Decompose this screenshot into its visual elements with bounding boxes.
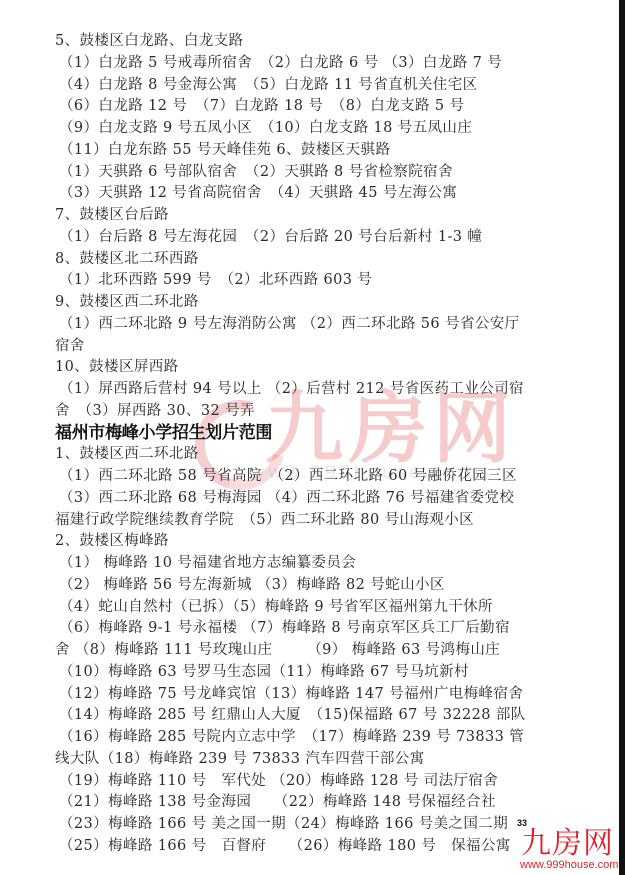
section-heading: 9、鼓楼区西二环北路 [55,292,530,314]
list-item: （21）梅峰路 138 号金海园 （22）梅峰路 148 号保福经合社 [55,792,530,814]
list-item: （19）梅峰路 110 号 军代处 （20）梅峰路 128 号 司法厅宿舍 [55,771,530,793]
list-item: （1）屏西路后营村 94 号以上 （2）后营村 212 号省医药工业公司宿 [55,379,530,401]
list-item-continuation: 舍 （3）屏西路 30、32 号弄 [55,401,530,423]
list-item: （16）梅峰路 285 号院内立志中学 （17）梅峰路 239 号 73833 … [55,727,530,749]
list-item: （1） 梅峰路 10 号福建省地方志编纂委员会 [55,553,530,575]
brand-logo: 九房网 www.999house.com [520,828,615,872]
list-item-continuation: 福建行政学院继续教育学院 （5）西二环北路 80 号山海观小区 [55,510,530,532]
list-item: （1）西二环北路 58 号省高院 （2）西二环北路 60 号融侨花园三区 [55,466,530,488]
list-item: （1）天骐路 6 号部队宿舍 （2）天骐路 8 号省检察院宿舍 [55,162,530,184]
list-item: （4）蛇山自然村（已拆）（5）梅峰路 9 号省军区福州第九干休所 [55,597,530,619]
list-item: （6）梅峰路 9-1 号永福楼 （7）梅峰路 8 号南京军区兵工厂后勤宿 [55,618,530,640]
list-item: （23）梅峰路 166 号 美之国一期（24）梅峰路 166 号美之国二期 [55,814,530,836]
list-item: （1）北环西路 599 号 （2）北环西路 603 号 [55,270,530,292]
document-page: 九房网 www.999house.com 5、鼓楼区白龙路、白龙支路（1）白龙路… [0,0,619,875]
list-item: （4）白龙路 8 号金海公寓 （5）白龙路 11 号省直机关住宅区 [55,75,530,97]
document-title: 福州市梅峰小学招生划片范围 [55,423,530,445]
section-heading: 7、鼓楼区台后路 [55,205,530,227]
list-item: （1）西二环北路 9 号左海消防公寓 （2）西二环北路 56 号省公安厅 [55,314,530,336]
section-heading: 5、鼓楼区白龙路、白龙支路 [55,31,530,53]
list-item: （10）梅峰路 63 号罗马生态园（11）梅峰路 67 号马坑新村 [55,662,530,684]
list-item: （1）白龙路 5 号戒毒所宿舍 （2）白龙路 6 号 （3）白龙路 7 号 [55,53,530,75]
brand-logo-text: 九房网 [520,828,615,860]
list-item: （14）梅峰路 285 号 红鼎山人大厦 （15)保福路 67 号 32228 … [55,705,530,727]
list-item: （9）白龙支路 9 号五凤小区 （10）白龙支路 18 号五凤山庄 [55,118,530,140]
list-item: （1）台后路 8 号左海花园 （2）台后路 20 号台后新村 1-3 幢 [55,227,530,249]
list-item-continuation: 宿舍 [55,336,530,358]
list-item: （6）白龙路 12 号 （7）白龙路 18 号 （8）白龙支路 5 号 [55,96,530,118]
list-item-continuation: 线大队（18）梅峰路 239 号 73833 汽车四营干部公寓 [55,749,530,771]
brand-url: www.999house.com [520,859,615,872]
list-item: （12）梅峰路 75 号龙峰宾馆（13）梅峰路 147 号福州广电梅峰宿舍 [55,684,530,706]
section-heading: 10、鼓楼区屏西路 [55,357,530,379]
section-heading: 2、鼓楼区梅峰路 [55,531,530,553]
page-edge-border [619,0,625,875]
list-item-continuation: 舍 （8）梅峰路 111 号玫瑰山庄 （9） 梅峰路 63 号鸿梅山庄 [55,640,530,662]
list-item: （2） 梅峰路 56 号左海新城 （3）梅峰路 82 号蛇山小区 [55,575,530,597]
list-item: （3）西二环北路 68 号梅海园 （4）西二环北路 76 号福建省委党校 [55,488,530,510]
document-body: 5、鼓楼区白龙路、白龙支路（1）白龙路 5 号戒毒所宿舍 （2）白龙路 6 号 … [55,31,530,858]
section-heading: 8、鼓楼区北二环西路 [55,249,530,271]
list-item: （3）天骐路 12 号省高院宿舍 （4）天骐路 45 号左海公寓 [55,183,530,205]
list-item: （25）梅峰路 166 号 百督府 （26）梅峰路 180 号 保福公寓 [55,836,530,858]
section-heading: 1、鼓楼区西二环北路 [55,444,530,466]
list-item: （11）白龙东路 55 号天峰佳苑 6、鼓楼区天骐路 [55,140,530,162]
